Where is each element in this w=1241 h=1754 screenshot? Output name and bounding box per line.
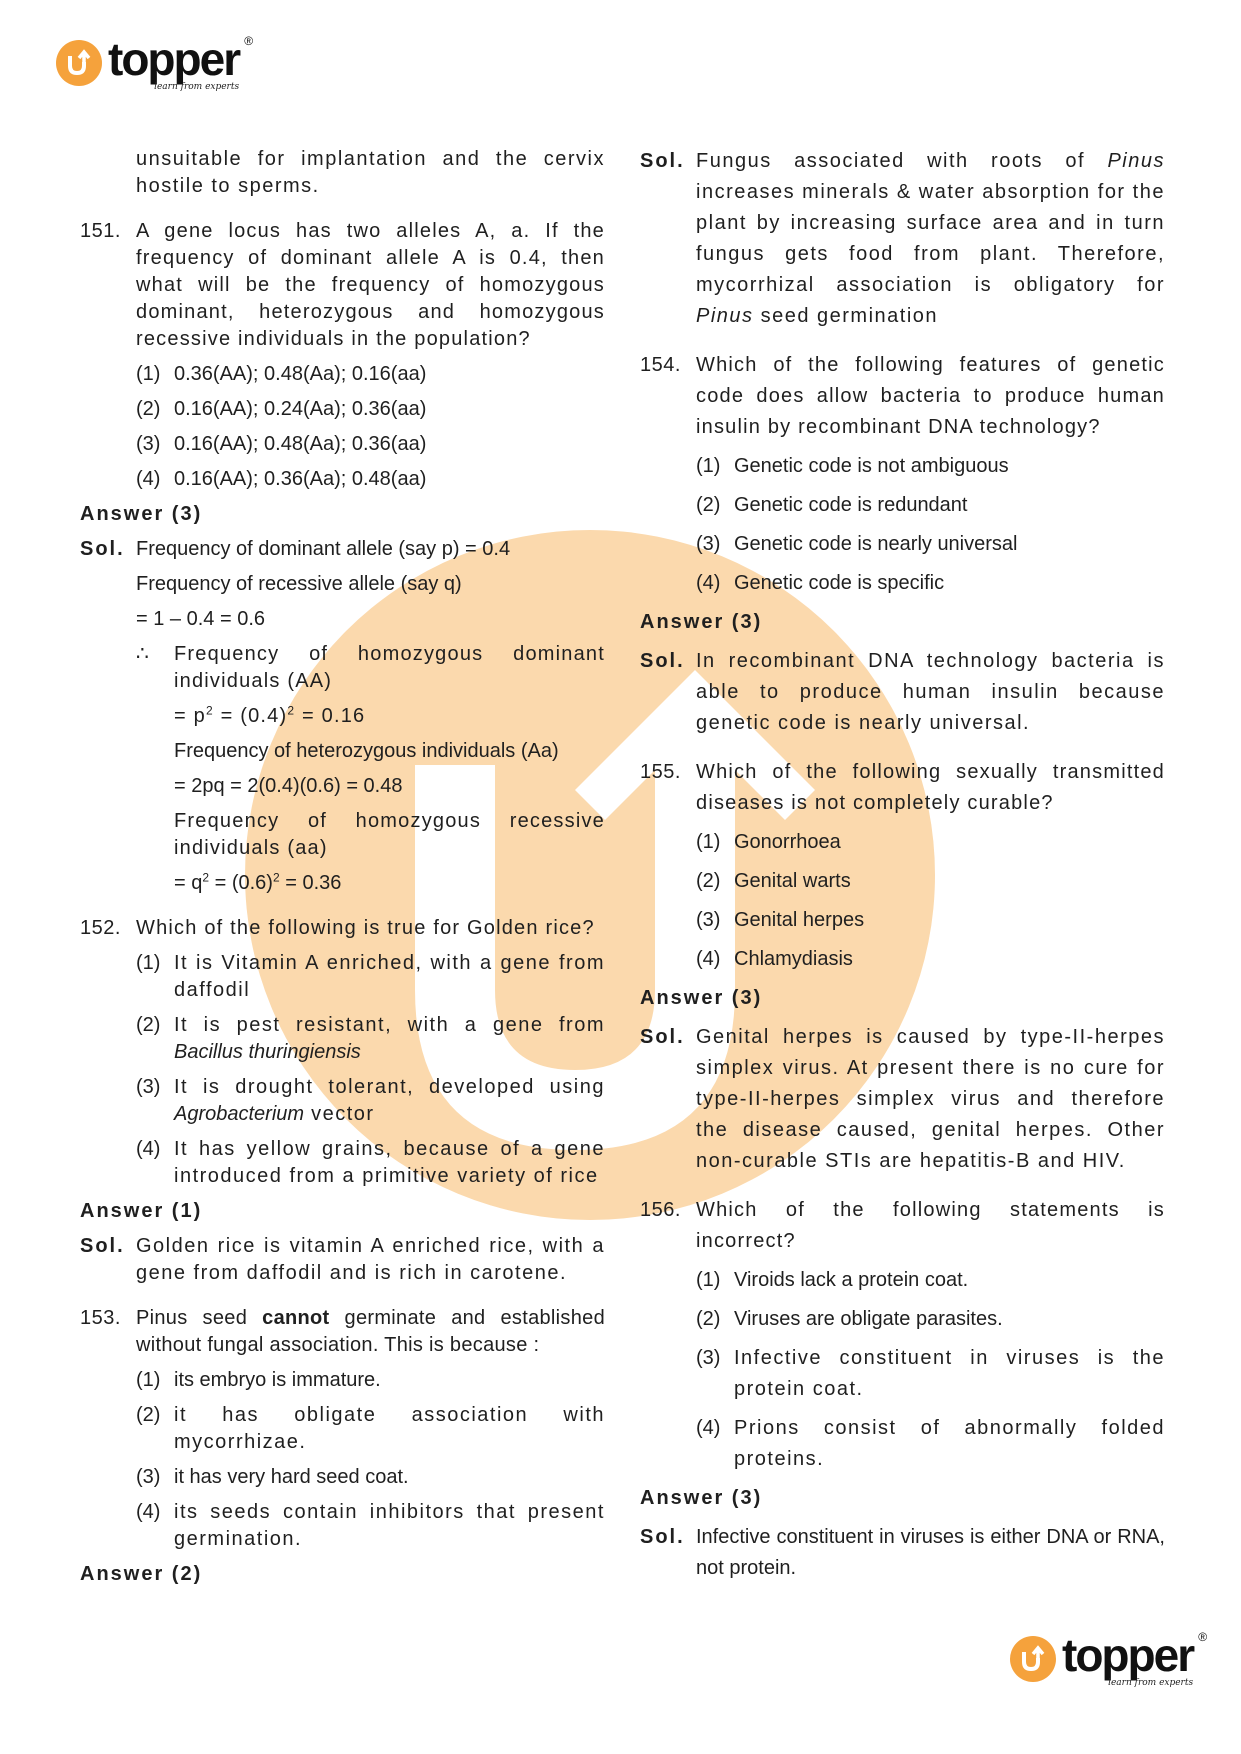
solution: Sol. Infective constituent in viruses is… — [640, 1522, 1165, 1584]
solution: Sol. Frequency of dominant allele (say p… — [80, 536, 605, 897]
answer-label: Answer (3) — [640, 983, 1165, 1014]
option: (3)0.16(AA); 0.48(Aa); 0.36(aa) — [80, 431, 605, 458]
answer-label: Answer (3) — [80, 501, 605, 528]
option: (2)Genetic code is redundant — [640, 490, 1165, 521]
brand-name: topper — [108, 33, 239, 85]
option: (1)Gonorrhoea — [640, 827, 1165, 858]
answer-label: Answer (3) — [640, 1483, 1165, 1514]
question-151: 151. A gene locus has two alleles A, a. … — [80, 218, 605, 353]
option: (2)It is pest resistant, with a gene fro… — [80, 1012, 605, 1066]
option: (4)0.16(AA); 0.36(Aa); 0.48(aa) — [80, 466, 605, 493]
solution-153: Sol. Fungus associated with roots of Pin… — [640, 146, 1165, 332]
option: (3)it has very hard seed coat. — [80, 1464, 605, 1491]
option: (2)it has obligate association with myco… — [80, 1402, 605, 1456]
brand-logo-top: topper ® learn from experts — [56, 36, 239, 86]
question-156: 156. Which of the following statements i… — [640, 1195, 1165, 1257]
option: (3)Infective constituent in viruses is t… — [640, 1343, 1165, 1405]
solution: Sol. Genital herpes is caused by type-II… — [640, 1022, 1165, 1177]
question-154: 154. Which of the following features of … — [640, 350, 1165, 443]
answer-label: Answer (1) — [80, 1198, 605, 1225]
question-153: 153. Pinus seed cannot germinate and est… — [80, 1305, 605, 1359]
option: (3)Genetic code is nearly universal — [640, 529, 1165, 560]
option: (4)Genetic code is specific — [640, 568, 1165, 599]
brand-tagline: learn from experts — [154, 82, 239, 92]
brand-name: topper — [1062, 1629, 1193, 1681]
solution: Sol. Golden rice is vitamin A enriched r… — [80, 1233, 605, 1287]
option: (3)It is drought tolerant, developed usi… — [80, 1074, 605, 1128]
answer-label: Answer (3) — [640, 607, 1165, 638]
question-text: A gene locus has two alleles A, a. If th… — [136, 218, 605, 353]
brand-tagline: learn from experts — [1108, 1678, 1193, 1688]
topper-badge-icon — [56, 40, 102, 86]
brand-logo-bottom: topper ® learn from experts — [1010, 1632, 1193, 1682]
option: (2)Genital warts — [640, 866, 1165, 897]
option: (1)0.36(AA); 0.48(Aa); 0.16(aa) — [80, 361, 605, 388]
option: (1)It is Vitamin A enriched, with a gene… — [80, 950, 605, 1004]
option: (2)Viruses are obligate parasites. — [640, 1304, 1165, 1335]
option: (2)0.16(AA); 0.24(Aa); 0.36(aa) — [80, 396, 605, 423]
option: (1)Genetic code is not ambiguous — [640, 451, 1165, 482]
therefore-symbol: ∴ — [136, 641, 174, 897]
right-column: Sol. Fungus associated with roots of Pin… — [640, 146, 1165, 1584]
answer-label: Answer (2) — [80, 1561, 605, 1588]
question-155: 155. Which of the following sexually tra… — [640, 757, 1165, 819]
question-number: 151. — [80, 218, 136, 353]
option: (4)It has yellow grains, because of a ge… — [80, 1136, 605, 1190]
option: (4)Chlamydiasis — [640, 944, 1165, 975]
registered-mark: ® — [1198, 1630, 1207, 1644]
left-column: unsuitable for implantation and the cerv… — [80, 146, 605, 1588]
option: (3)Genital herpes — [640, 905, 1165, 936]
question-152: 152. Which of the following is true for … — [80, 915, 605, 942]
option: (4)Prions consist of abnormally folded p… — [640, 1413, 1165, 1475]
registered-mark: ® — [244, 34, 253, 48]
solution: Sol. In recombinant DNA technology bacte… — [640, 646, 1165, 739]
sol-label: Sol. — [80, 536, 136, 897]
topper-badge-icon — [1010, 1636, 1056, 1682]
option: (1)its embryo is immature. — [80, 1367, 605, 1394]
option: (1)Viroids lack a protein coat. — [640, 1265, 1165, 1296]
option: (4)its seeds contain inhibitors that pre… — [80, 1499, 605, 1553]
continuation-text: unsuitable for implantation and the cerv… — [80, 146, 605, 200]
